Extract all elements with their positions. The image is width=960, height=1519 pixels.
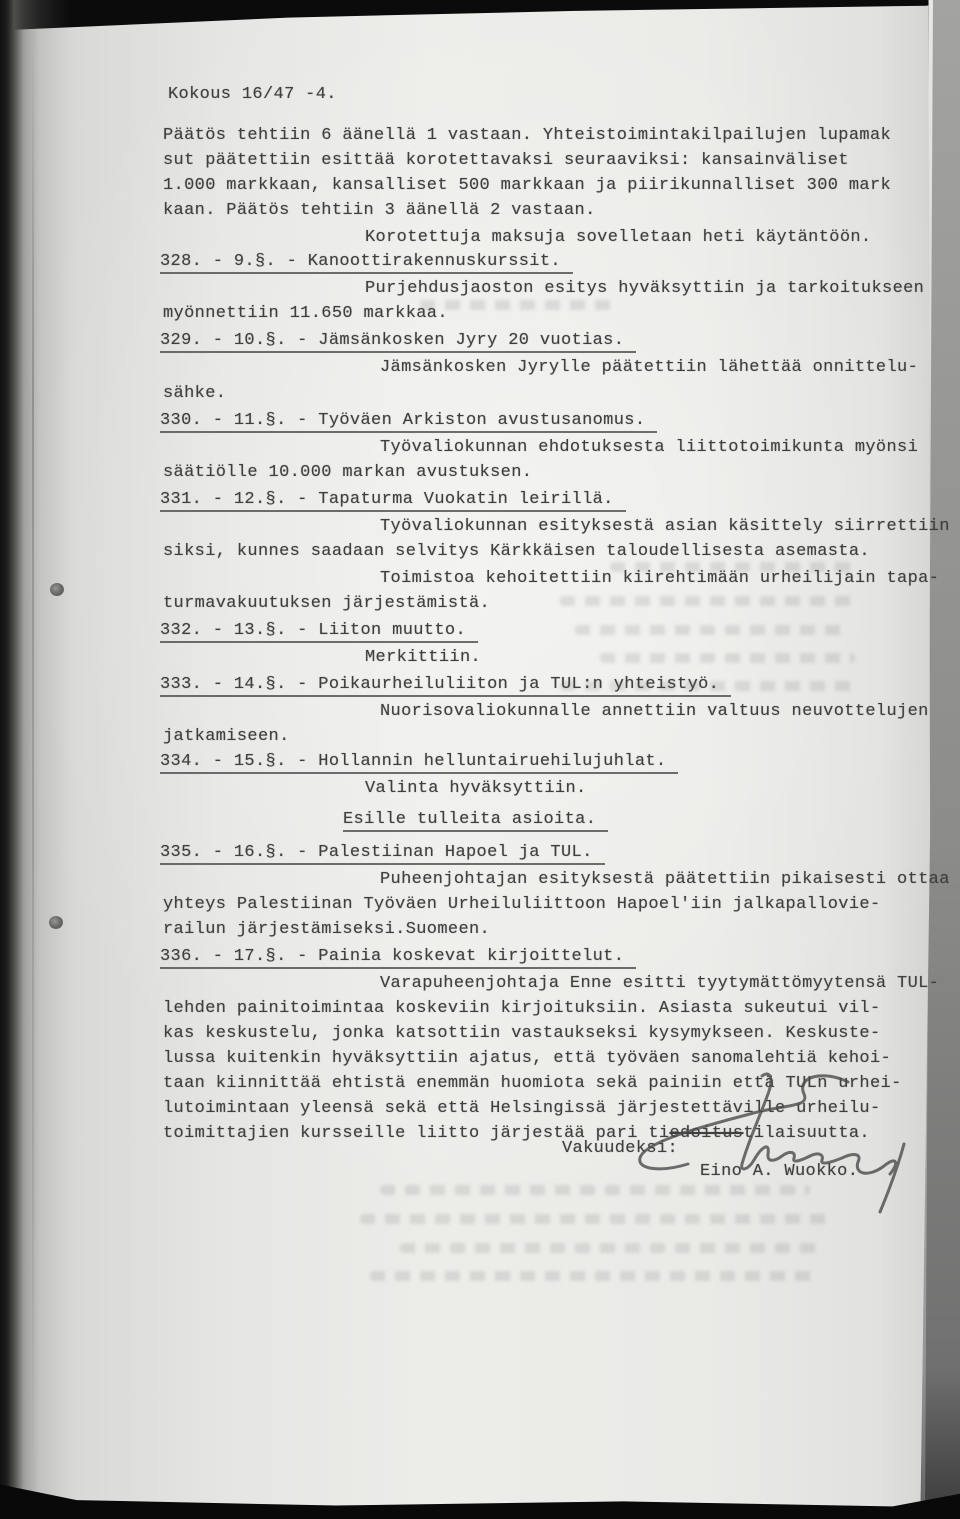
text-line: 1.000 markkaan, kansalliset 500 markkaan… xyxy=(163,177,891,194)
text-line: kaan. Päätös tehtiin 3 äänellä 2 vastaan… xyxy=(163,202,596,219)
text-line: turmavakuutuksen järjestämistä. xyxy=(163,595,490,612)
section-heading: 333. - 14.§. - Poikaurheiluliiton ja TUL… xyxy=(160,676,731,697)
text-line: Merkittiin. xyxy=(365,649,481,666)
bleedthrough-smudge xyxy=(420,300,620,310)
bleedthrough-smudge xyxy=(400,1243,820,1253)
text-line: Varapuheenjohtaja Enne esitti tyytymättö… xyxy=(380,975,939,992)
scanned-document-page: Kokous 16/47 -4.Päätös tehtiin 6 äänellä… xyxy=(0,0,960,1519)
text-line: säätiölle 10.000 markan avustuksen. xyxy=(163,464,532,481)
section-heading: 335. - 16.§. - Palestiinan Hapoel ja TUL… xyxy=(160,844,605,865)
punch-hole xyxy=(50,583,64,596)
text-line: sut päätettiin esittää korotettavaksi se… xyxy=(163,152,849,169)
text-line: Työvaliokunnan esityksestä asian käsitte… xyxy=(380,518,950,535)
text-line: Päätös tehtiin 6 äänellä 1 vastaan. Yhte… xyxy=(163,127,891,144)
section-heading: 330. - 11.§. - Työväen Arkiston avustusa… xyxy=(160,412,657,433)
text-line: Työvaliokunnan ehdotuksesta liittotoimik… xyxy=(380,439,918,456)
text-line: Jämsänkosken Jyrylle päätettiin lähettää… xyxy=(380,359,918,376)
bleedthrough-smudge xyxy=(560,596,860,606)
text-line: jatkamiseen. xyxy=(163,728,290,745)
handwritten-signature-scribble xyxy=(600,1068,930,1218)
section-heading: 328. - 9.§. - Kanoottirakennuskurssit. xyxy=(160,253,573,274)
text-line: Purjehdusjaoston esitys hyväksyttiin ja … xyxy=(365,280,924,297)
text-line: yhteys Palestiinan Työväen Urheiluliitto… xyxy=(163,896,881,913)
bleedthrough-smudge xyxy=(370,1271,820,1281)
text-line: kas keskustelu, jonka katsottiin vastauk… xyxy=(163,1025,881,1042)
text-line: Nuorisovaliokunnalle annettiin valtuus n… xyxy=(380,703,929,720)
section-heading: 331. - 12.§. - Tapaturma Vuokatin leiril… xyxy=(160,491,626,512)
text-line: Puheenjohtajan esityksestä päätettiin pi… xyxy=(380,871,950,888)
section-heading: Esille tulleita asioita. xyxy=(343,811,608,832)
bleedthrough-smudge xyxy=(600,653,855,663)
page-crease xyxy=(32,40,34,1470)
text-line: railun järjestämiseksi.Suomeen. xyxy=(163,921,490,938)
punch-hole xyxy=(49,916,63,929)
section-heading: 336. - 17.§. - Painia koskevat kirjoitte… xyxy=(160,948,636,969)
text-line: siksi, kunnes saadaan selvitys Kärkkäise… xyxy=(163,543,870,560)
section-heading: 334. - 15.§. - Hollannin helluntairuehil… xyxy=(160,753,678,774)
section-heading: 332. - 13.§. - Liiton muutto. xyxy=(160,622,478,643)
book-binding-shadow xyxy=(0,0,70,1519)
bleedthrough-smudge xyxy=(575,625,850,635)
text-line: myönnettiin 11.650 markkaa. xyxy=(163,305,448,322)
text-line: Toimistoa kehoitettiin kiirehtimään urhe… xyxy=(380,570,939,587)
text-line: Valinta hyväksyttiin. xyxy=(365,780,587,797)
text-line: Kokous 16/47 -4. xyxy=(168,86,337,103)
section-heading: 329. - 10.§. - Jämsänkosken Jyry 20 vuot… xyxy=(160,332,636,353)
text-line: sähke. xyxy=(163,385,226,402)
text-line: Korotettuja maksuja sovelletaan heti käy… xyxy=(365,229,871,246)
text-line: lehden painitoimintaa koskeviin kirjoitu… xyxy=(163,1000,881,1017)
text-line: lussa kuitenkin hyväksyttiin ajatus, ett… xyxy=(163,1050,891,1067)
